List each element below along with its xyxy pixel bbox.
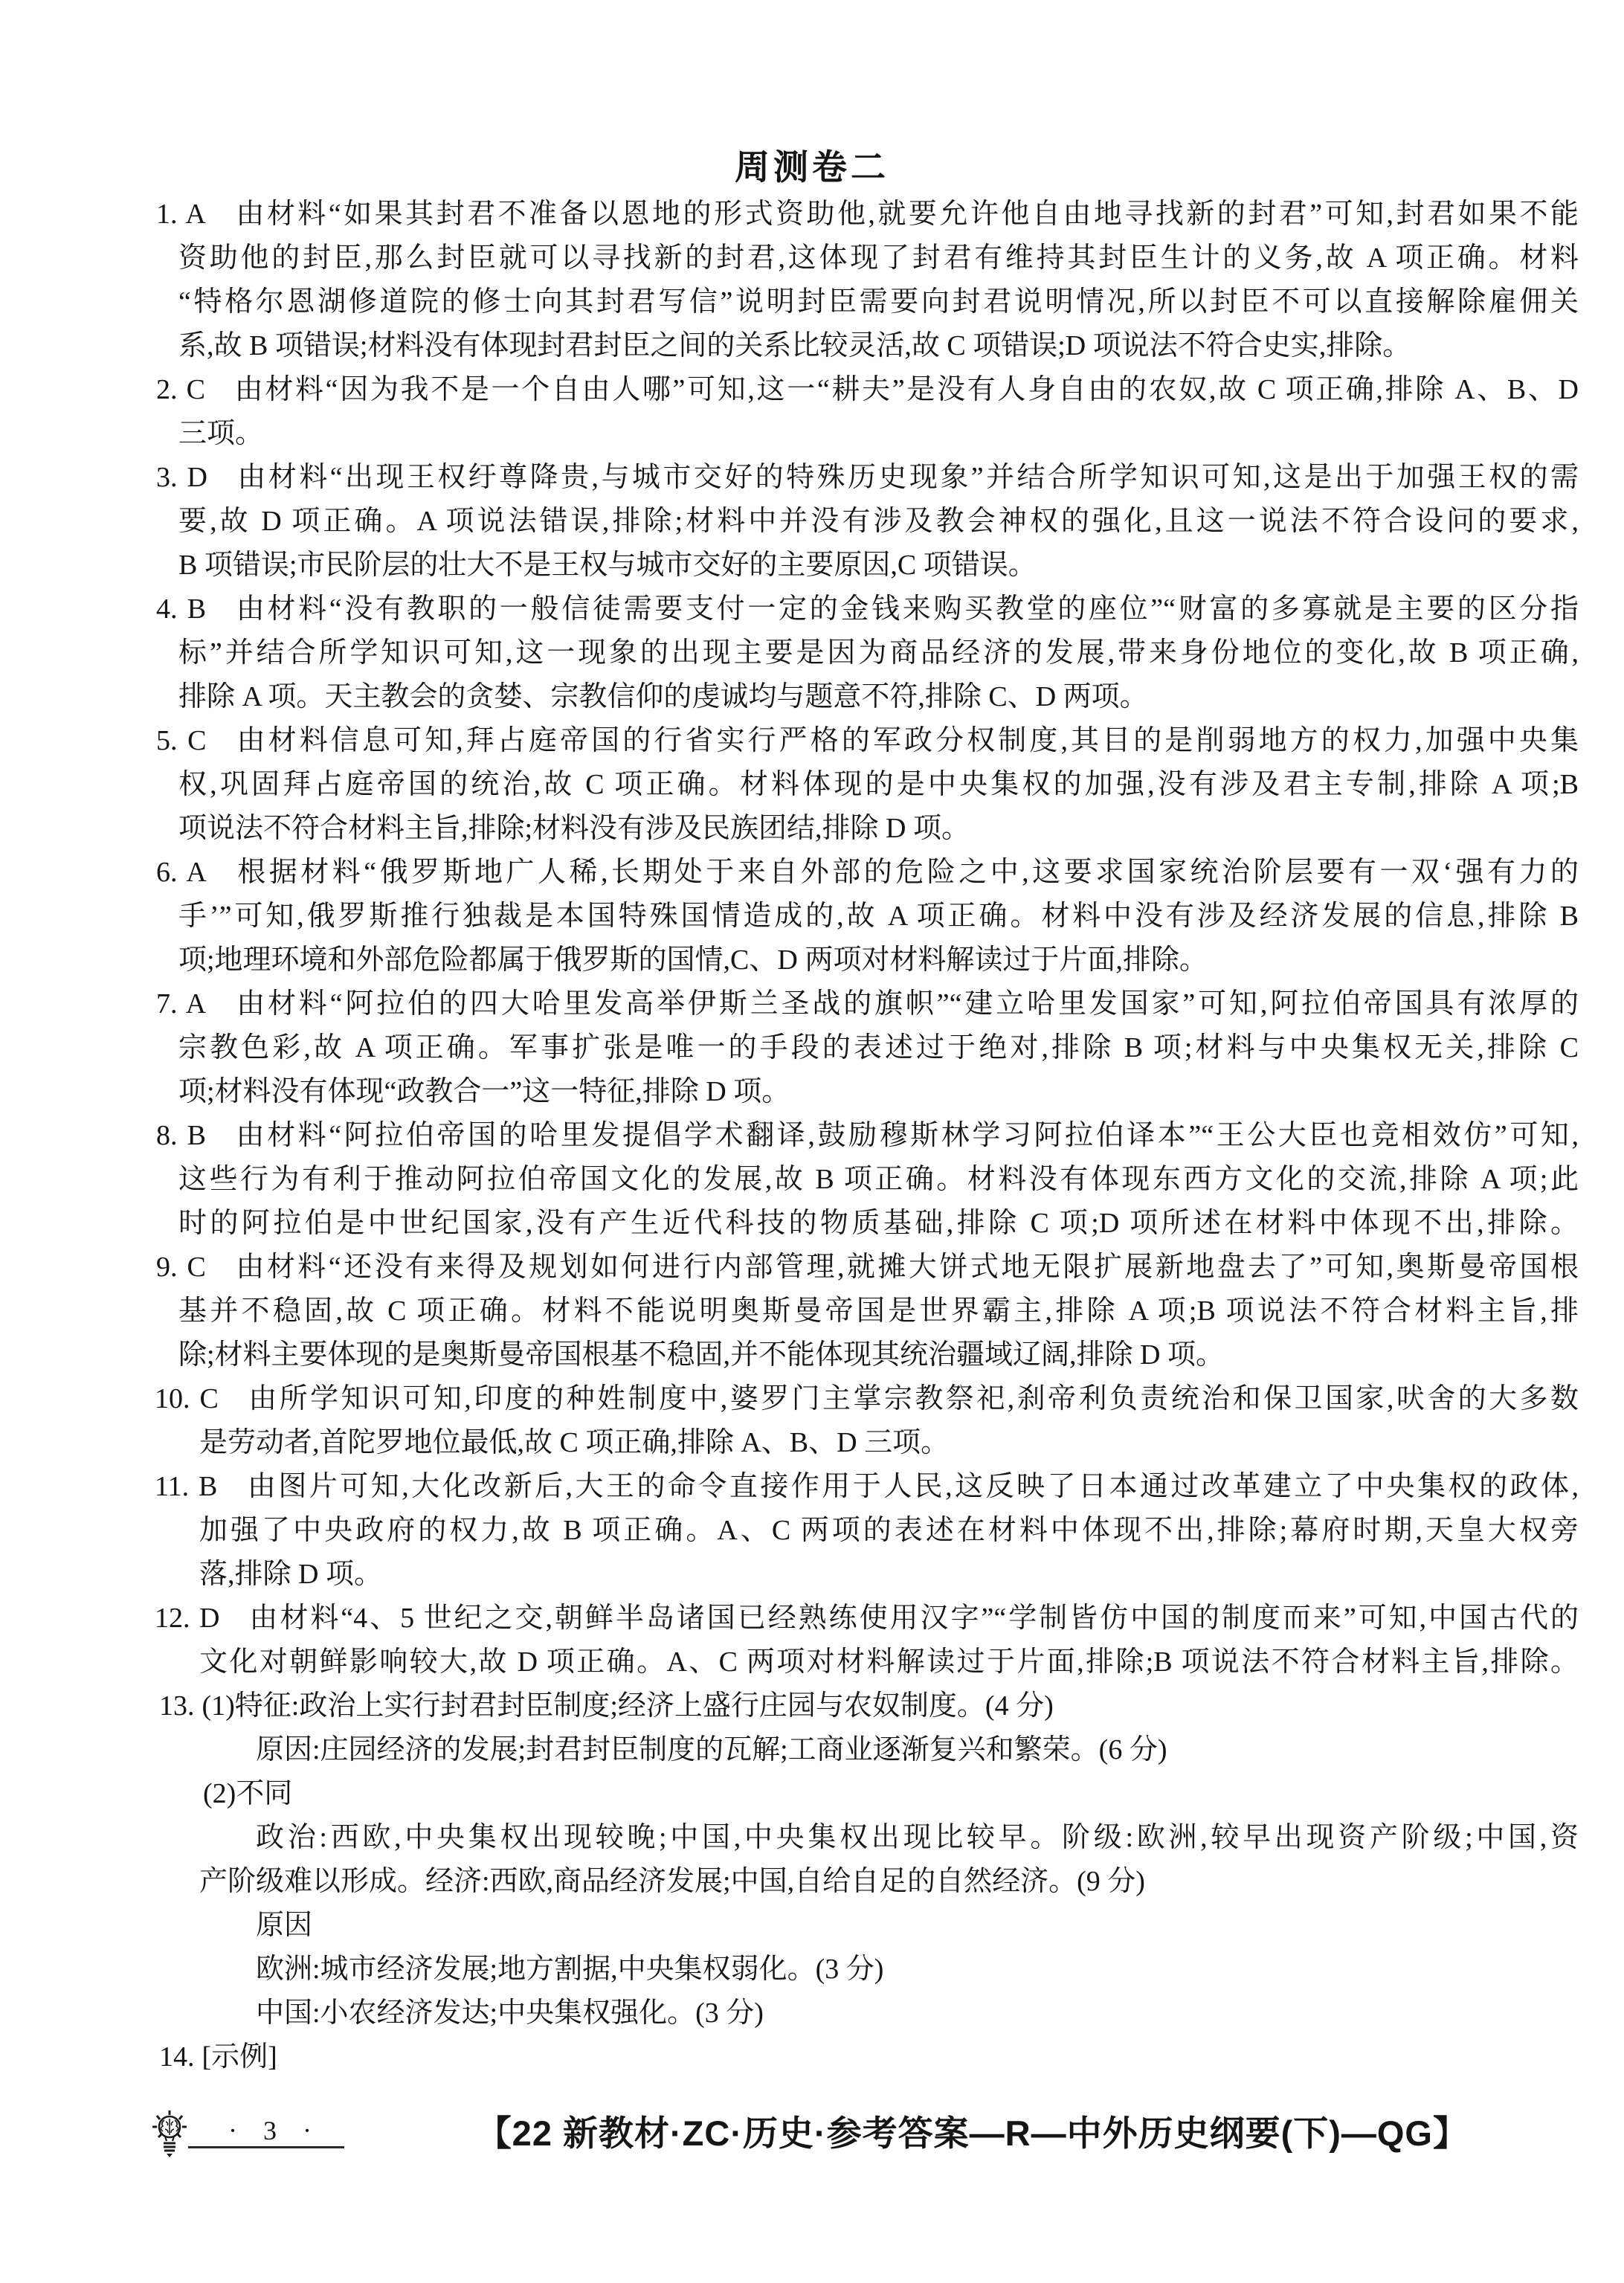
- line-text: 由材料“出现王权纡尊降贵,与城市交好的特殊历史现象”并结合所学知识可知,这是出于…: [235, 462, 1579, 493]
- answer-line: 权,巩固拜占庭帝国的统治,故 C 项正确。材料体现的是中央集权的加强,没有涉及君…: [178, 763, 1579, 807]
- line-text: 根据材料“俄罗斯地广人稀,长期处于来自外部的危险之中,这要求国家统治阶层要有一双…: [234, 857, 1579, 888]
- line-text: 是劳动者,首陀罗地位最低,故 C 项正确,排除 A、B、D 三项。: [199, 1427, 949, 1458]
- page-number: · 3 ·: [218, 2115, 322, 2146]
- line-text: 由材料“没有教职的一般信徒需要支付一定的金钱来购买教堂的座位”“财富的多寡就是主…: [233, 593, 1579, 625]
- item-number: 8. B: [156, 1120, 206, 1151]
- line-text: 权,巩固拜占庭帝国的统治,故 C 项正确。材料体现的是中央集权的加强,没有涉及君…: [178, 769, 1579, 800]
- line-text: 项说法不符合材料主旨,排除;材料没有涉及民族团结,排除 D 项。: [178, 813, 970, 844]
- line-text: 欧洲:城市经济发展;地方割据,中央集权弱化。(3 分): [256, 1954, 883, 1985]
- item-number: 2. C: [156, 374, 205, 405]
- item-number: 9. C: [156, 1252, 206, 1283]
- answer-line: 4. B由材料“没有教职的一般信徒需要支付一定的金钱来购买教堂的座位”“财富的多…: [156, 587, 1579, 631]
- answer-line: 2. C由材料“因为我不是一个自由人哪”可知,这一“耕夫”是没有人身自由的农奴,…: [156, 368, 1579, 412]
- answer-line: 资助他的封臣,那么封臣就可以寻找新的封君,这体现了封君有维持其封臣生计的义务,故…: [178, 236, 1579, 280]
- answer-line: 宗教色彩,故 A 项正确。军事扩张是唯一的手段的表述过于绝对,排除 B 项;材料…: [178, 1026, 1579, 1070]
- line-text: 宗教色彩,故 A 项正确。军事扩张是唯一的手段的表述过于绝对,排除 B 项;材料…: [178, 1032, 1579, 1063]
- line-text: 这些行为有利于推动阿拉伯帝国文化的发展,故 B 项正确。材料没有体现东西方文化的…: [178, 1164, 1579, 1195]
- answer-line: 项说法不符合材料主旨,排除;材料没有涉及民族团结,排除 D 项。: [178, 807, 1579, 851]
- footer-edition-label: 【22 新教材·ZC·历史·参考答案—R—中外历史纲要(下)—QG】: [477, 2106, 1469, 2156]
- document-page: 周测卷二 1. A由材料“如果其封君不准备以恩地的形式资助他,就要允许他自由地寻…: [0, 0, 1624, 2283]
- item-number: 6. A: [156, 857, 207, 888]
- answer-line: 手’”可知,俄罗斯推行独裁是本国特殊国情造成的,故 A 项正确。材料中没有涉及经…: [178, 895, 1579, 938]
- answer-line: 欧洲:城市经济发展;地方割据,中央集权弱化。(3 分): [256, 1948, 1579, 1991]
- answer-line: 3. D由材料“出现王权纡尊降贵,与城市交好的特殊历史现象”并结合所学知识可知,…: [156, 456, 1579, 500]
- answer-line: 是劳动者,首陀罗地位最低,故 C 项正确,排除 A、B、D 三项。: [199, 1421, 1579, 1465]
- answer-line: 政治:西欧,中央集权出现较晚;中国,中央集权出现比较早。阶级:欧洲,较早出现资产…: [256, 1816, 1579, 1860]
- line-text: 由图片可知,大化改新后,大王的命令直接作用于人民,这反映了日本通过改革建立了中央…: [245, 1471, 1579, 1502]
- answer-line: 要,故 D 项正确。A 项说法错误,排除;材料中并没有涉及教会神权的强化,且这一…: [178, 500, 1579, 544]
- answer-line: 1. A由材料“如果其封君不准备以恩地的形式资助他,就要允许他自由地寻找新的封君…: [156, 193, 1579, 236]
- answer-line: 加强了中央政府的权力,故 B 项正确。A、C 两项的表述在材料中体现不出,排除;…: [199, 1509, 1579, 1553]
- answer-line: 系,故 B 项错误;材料没有体现封君封臣之间的关系比较灵活,故 C 项错误;D …: [178, 324, 1579, 368]
- line-text: 落,排除 D 项。: [199, 1559, 382, 1590]
- answer-line: 中国:小农经济发达;中央集权强化。(3 分): [256, 1991, 1579, 2035]
- line-text: “特格尔恩湖修道院的修士向其封君写信”说明封臣需要向封君说明情况,所以封臣不可以…: [178, 286, 1579, 318]
- line-text: 由所学知识可知,印度的种姓制度中,婆罗门主掌宗教祭祀,刹帝利负责统治和保卫国家,…: [246, 1383, 1579, 1414]
- line-text: 由材料“阿拉伯的四大哈里发高举伊斯兰圣战的旗帜”“建立哈里发国家”可知,阿拉伯帝…: [233, 988, 1579, 1020]
- item-number: 1. A: [156, 199, 206, 230]
- answer-line: 时的阿拉伯是中世纪国家,没有产生近代科技的物质基础,排除 C 项;D 项所述在材…: [178, 1202, 1579, 1246]
- answer-line: 9. C由材料“还没有来得及规划如何进行内部管理,就摊大饼式地无限扩展新地盘去了…: [156, 1246, 1579, 1289]
- line-text: 政治:西欧,中央集权出现较晚;中国,中央集权出现比较早。阶级:欧洲,较早出现资产…: [256, 1822, 1579, 1853]
- answer-line: 项;地理环境和外部危险都属于俄罗斯的国情,C、D 两项对材料解读过于片面,排除。: [178, 938, 1579, 982]
- line-text: 中国:小农经济发达;中央集权强化。(3 分): [256, 1997, 764, 2029]
- line-text: (1)特征:政治上实行封君封臣制度;经济上盛行庄园与农奴制度。(4 分): [202, 1690, 1054, 1722]
- answer-line: 文化对朝鲜影响较大,故 D 项正确。A、C 两项对材料解读过于片面,排除;B 项…: [199, 1640, 1579, 1684]
- answer-line: 14.[示例]: [159, 2035, 1579, 2079]
- line-text: 由材料“4、5 世纪之交,朝鲜半岛诸国已经熟练使用汉字”“学制皆仿中国的制度而来…: [247, 1603, 1579, 1634]
- line-text: 除;材料主要体现的是奥斯曼帝国根基不稳固,并不能体现其统治疆域辽阔,排除 D 项…: [178, 1339, 1224, 1371]
- answer-line: 10. C由所学知识可知,印度的种姓制度中,婆罗门主掌宗教祭祀,刹帝利负责统治和…: [155, 1377, 1579, 1421]
- line-text: (2)不同: [203, 1778, 292, 1809]
- line-text: 要,故 D 项正确。A 项说法错误,排除;材料中并没有涉及教会神权的强化,且这一…: [178, 506, 1579, 537]
- line-text: 原因: [256, 1910, 312, 1941]
- answer-list: 1. A由材料“如果其封君不准备以恩地的形式资助他,就要允许他自由地寻找新的封君…: [155, 193, 1579, 2079]
- line-text: 由材料信息可知,拜占庭帝国的行省实行严格的军政分权制度,其目的是削弱地方的权力,…: [233, 725, 1579, 756]
- answer-line: (2)不同: [203, 1772, 1579, 1816]
- answer-line: 除;材料主要体现的是奥斯曼帝国根基不稳固,并不能体现其统治疆域辽阔,排除 D 项…: [178, 1333, 1579, 1377]
- answer-line: 产阶级难以形成。经济:西欧,商品经济发展;中国,自给自足的自然经济。(9 分): [199, 1860, 1579, 1904]
- item-number: 10. C: [155, 1383, 219, 1414]
- answer-line: 7. A由材料“阿拉伯的四大哈里发高举伊斯兰圣战的旗帜”“建立哈里发国家”可知,…: [156, 982, 1579, 1026]
- line-text: 标”并结合所学知识可知,这一现象的出现主要是因为商品经济的发展,带来身份地位的变…: [178, 637, 1579, 669]
- line-text: 系,故 B 项错误;材料没有体现封君封臣之间的关系比较灵活,故 C 项错误;D …: [178, 330, 1411, 361]
- answer-line: 这些行为有利于推动阿拉伯帝国文化的发展,故 B 项正确。材料没有体现东西方文化的…: [178, 1158, 1579, 1202]
- item-number: 5. C: [156, 725, 206, 756]
- answer-line: 5. C由材料信息可知,拜占庭帝国的行省实行严格的军政分权制度,其目的是削弱地方…: [156, 719, 1579, 763]
- item-number: 12. D: [155, 1603, 219, 1634]
- page-number-underline: [188, 2146, 344, 2148]
- line-text: 手’”可知,俄罗斯推行独裁是本国特殊国情造成的,故 A 项正确。材料中没有涉及经…: [178, 901, 1579, 932]
- line-text: 排除 A 项。天主教会的贪婪、宗教信仰的虔诚均与题意不符,排除 C、D 两项。: [178, 681, 1148, 712]
- line-text: 由材料“还没有来得及规划如何进行内部管理,就摊大饼式地无限扩展新地盘去了”可知,…: [233, 1252, 1579, 1283]
- line-text: B 项错误;市民阶层的壮大不是王权与城市交好的主要原因,C 项错误。: [178, 550, 1037, 581]
- item-number: 4. B: [156, 593, 206, 625]
- item-number: 14.: [159, 2041, 195, 2073]
- line-text: 项;材料没有体现“政教合一”这一特征,排除 D 项。: [178, 1076, 790, 1107]
- answer-line: 原因:庄园经济的发展;封君封臣制度的瓦解;工商业逐渐复兴和繁荣。(6 分): [256, 1728, 1579, 1772]
- line-text: 原因:庄园经济的发展;封君封臣制度的瓦解;工商业逐渐复兴和繁荣。(6 分): [256, 1734, 1167, 1765]
- line-text: 由材料“因为我不是一个自由人哪”可知,这一“耕夫”是没有人身自由的农奴,故 C …: [233, 374, 1579, 405]
- line-text: 项;地理环境和外部危险都属于俄罗斯的国情,C、D 两项对材料解读过于片面,排除。: [178, 944, 1208, 976]
- line-text: 基并不稳固,故 C 项正确。材料不能说明奥斯曼帝国是世界霸主,排除 A 项;B …: [178, 1295, 1579, 1327]
- answer-line: “特格尔恩湖修道院的修士向其封君写信”说明封臣需要向封君说明情况,所以封臣不可以…: [178, 280, 1579, 324]
- answer-line: 6. A根据材料“俄罗斯地广人稀,长期处于来自外部的危险之中,这要求国家统治阶层…: [156, 851, 1579, 895]
- answer-line: 8. B由材料“阿拉伯帝国的哈里发提倡学术翻译,鼓励穆斯林学习阿拉伯译本”“王公…: [156, 1114, 1579, 1158]
- line-text: 资助他的封臣,那么封臣就可以寻找新的封君,这体现了封君有维持其封臣生计的义务,故…: [178, 242, 1579, 274]
- answer-line: 排除 A 项。天主教会的贪婪、宗教信仰的虔诚均与题意不符,排除 C、D 两项。: [178, 675, 1579, 719]
- answer-line: B 项错误;市民阶层的壮大不是王权与城市交好的主要原因,C 项错误。: [178, 544, 1579, 587]
- item-number: 13.: [159, 1690, 195, 1722]
- answer-line: 原因: [256, 1904, 1579, 1948]
- item-number: 7. A: [156, 988, 206, 1020]
- item-number: 11. B: [155, 1471, 217, 1502]
- answer-line: 基并不稳固,故 C 项正确。材料不能说明奥斯曼帝国是世界霸主,排除 A 项;B …: [178, 1289, 1579, 1333]
- answer-line: 13.(1)特征:政治上实行封君封臣制度;经济上盛行庄园与农奴制度。(4 分): [159, 1684, 1579, 1728]
- page-title: 周测卷二: [0, 140, 1624, 190]
- answer-line: 11. B由图片可知,大化改新后,大王的命令直接作用于人民,这反映了日本通过改革…: [155, 1465, 1579, 1509]
- item-number: 3. D: [156, 462, 207, 493]
- line-text: 时的阿拉伯是中世纪国家,没有产生近代科技的物质基础,排除 C 项;D 项所述在材…: [178, 1208, 1579, 1239]
- line-text: 由材料“如果其封君不准备以恩地的形式资助他,就要允许他自由地寻找新的封君”可知,…: [233, 199, 1579, 230]
- line-text: 文化对朝鲜影响较大,故 D 项正确。A、C 两项对材料解读过于片面,排除;B 项…: [199, 1646, 1579, 1678]
- answer-line: 项;材料没有体现“政教合一”这一特征,排除 D 项。: [178, 1070, 1579, 1114]
- answer-line: 落,排除 D 项。: [199, 1553, 1579, 1597]
- answer-line: 标”并结合所学知识可知,这一现象的出现主要是因为商品经济的发展,带来身份地位的变…: [178, 631, 1579, 675]
- line-text: 三项。: [178, 418, 263, 449]
- line-text: 加强了中央政府的权力,故 B 项正确。A、C 两项的表述在材料中体现不出,排除;…: [199, 1515, 1579, 1546]
- line-text: 产阶级难以形成。经济:西欧,商品经济发展;中国,自给自足的自然经济。(9 分): [199, 1866, 1145, 1897]
- line-text: [示例]: [202, 2041, 277, 2073]
- answer-line: 12. D由材料“4、5 世纪之交,朝鲜半岛诸国已经熟练使用汉字”“学制皆仿中国…: [155, 1597, 1579, 1640]
- line-text: 由材料“阿拉伯帝国的哈里发提倡学术翻译,鼓励穆斯林学习阿拉伯译本”“王公大臣也竞…: [233, 1120, 1579, 1151]
- lightbulb-brain-icon: [151, 2110, 188, 2158]
- answer-line: 三项。: [178, 412, 1579, 456]
